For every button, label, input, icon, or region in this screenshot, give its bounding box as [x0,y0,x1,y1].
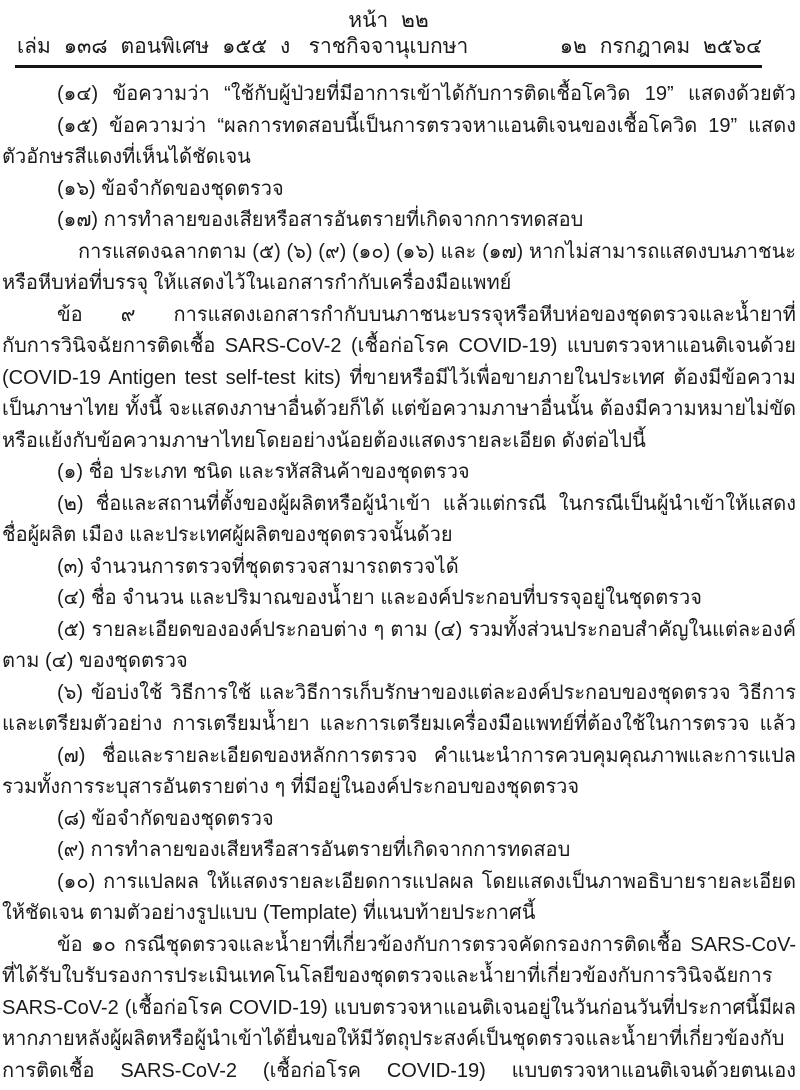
text-line: (๕) รายละเอียดขององค์ประกอบต่าง ๆ ตาม (๔… [2,615,796,647]
text-line: หรือแย้งกับข้อความภาษาไทยโดยอย่างน้อยต้อ… [2,426,796,458]
text-line: เป็นภาษาไทย ทั้งนี้ จะแสดงภาษาอื่นด้วยก็… [2,394,796,426]
volume-issue-label: เล่ม ๑๓๘ ตอนพิเศษ ๑๕๕ ง [17,34,290,60]
text-line: ให้ชัดเจน ตามตัวอย่างรูปแบบ (Template) ท… [2,898,796,930]
publication-date: ๑๒ กรกฎาคม ๒๕๖๔ [560,34,762,60]
text-line: (๑๖) ข้อจำกัดของชุดตรวจ [2,174,796,206]
text-line: SARS-CoV-2 (เชื้อก่อโรค COVID-19) แบบตรว… [2,993,796,1025]
page-number-label: หน้า ๒๒ [15,0,762,34]
text-line: (๑๐) การแปลผล ให้แสดงรายละเอียดการแปลผล … [2,867,796,899]
text-line: (๒) ชื่อและสถานที่ตั้งของผู้ผลิตหรือผู้น… [2,489,796,521]
text-line: (๓) จำนวนการตรวจที่ชุดตรวจสามารถตรวจได้ [2,552,796,584]
text-line: ตัวอักษรสีแดงที่เห็นได้ชัดเจน [2,142,796,174]
text-line: รวมทั้งการระบุสารอันตรายต่าง ๆ ที่มีอยู่… [2,772,796,804]
text-line: กับการวินิจฉัยการติดเชื้อ SARS-CoV-2 (เช… [2,331,796,363]
text-line: (๘) ข้อจำกัดของชุดตรวจ [2,804,796,836]
gazette-title: ราชกิจจานุเบกษา [309,34,469,60]
text-line: (๑) ชื่อ ประเภท ชนิด และรหัสสินค้าของชุด… [2,457,796,489]
text-line: (๔) ชื่อ จำนวน และปริมาณของน้ำยา และองค์… [2,583,796,615]
text-line: (๙) การทำลายของเสียหรือสารอันตรายที่เกิด… [2,835,796,867]
gazette-header-row: เล่ม ๑๓๘ ตอนพิเศษ ๑๕๕ ง ราชกิจจานุเบกษา … [15,34,762,60]
text-line: (๑๗) การทำลายของเสียหรือสารอันตรายที่เกิ… [2,205,796,237]
text-line: ตาม (๔) ของชุดตรวจ [2,646,796,678]
text-line: และเตรียมตัวอย่าง การเตรียมน้ำยา และการเ… [2,709,796,741]
document-body: (๑๔) ข้อความว่า “ใช้กับผู้ป่วยที่มีอาการ… [0,79,800,1087]
text-line: (๑๔) ข้อความว่า “ใช้กับผู้ป่วยที่มีอาการ… [2,79,796,111]
text-line: (๖) ข้อบ่งใช้ วิธีการใช้ และวิธีการเก็บร… [2,678,796,710]
text-line: หากภายหลังผู้ผลิตหรือผู้นำเข้าได้ยื่นขอใ… [2,1024,796,1056]
text-line: การติดเชื้อ SARS-CoV-2 (เชื้อก่อโรค COVI… [2,1056,796,1088]
text-line: หรือหีบห่อที่บรรจุ ให้แสดงไว้ในเอกสารกำก… [2,268,796,300]
gazette-page: หน้า ๒๒ เล่ม ๑๓๘ ตอนพิเศษ ๑๕๕ ง ราชกิจจา… [0,0,800,1090]
text-line: ข้อ ๙ การแสดงเอกสารกำกับบนภาชนะบรรจุหรือ… [2,300,796,332]
header-rule [15,65,762,68]
text-line: ที่ได้รับใบรับรองการประเมินเทคโนโลยีของช… [2,961,796,993]
text-line: ข้อ ๑๐ กรณีชุดตรวจและน้ำยาที่เกี่ยวข้องก… [2,930,796,962]
text-line: (COVID-19 Antigen test self-test kits) ท… [2,363,796,395]
text-line: (๑๕) ข้อความว่า “ผลการทดสอบนี้เป็นการตรว… [2,111,796,143]
text-line: ชื่อผู้ผลิต เมือง และประเทศผู้ผลิตของชุด… [2,520,796,552]
text-line: (๗) ชื่อและรายละเอียดของหลักการตรวจ คำแน… [2,741,796,773]
text-line: การแสดงฉลากตาม (๕) (๖) (๙) (๑๐) (๑๖) และ… [2,237,796,269]
